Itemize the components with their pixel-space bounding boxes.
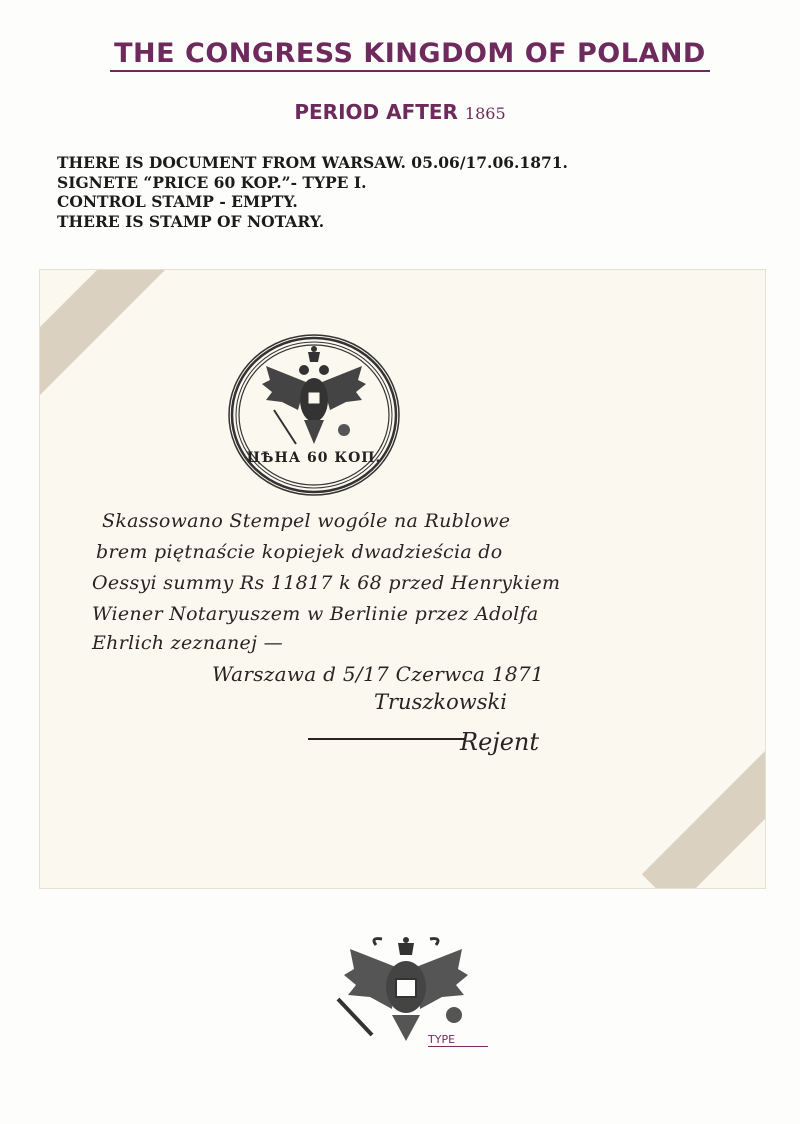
note-line: THERE IS STAMP OF NOTARY.: [57, 212, 568, 232]
signet-price-text: ЦѢНА 60 КОП.: [226, 450, 402, 466]
type-label: TYPE: [428, 1033, 488, 1047]
handwritten-line: Skassowano Stempel wogóle na Rublowe: [102, 510, 510, 532]
description-notes: THERE IS DOCUMENT FROM WARSAW. 05.06/17.…: [57, 153, 568, 231]
type-emblem: [326, 935, 486, 1047]
photo-corner-bottom-right: [642, 740, 765, 888]
handwritten-line: brem piętnaście kopiejek dwadzieścia do: [96, 541, 503, 563]
document-sheet: ЦѢНА 60 КОП. Skassowano Stempel wogóle n…: [40, 270, 765, 888]
handwritten-line: Oessyi summy Rs 11817 k 68 przed Henryki…: [92, 572, 560, 594]
note-line: CONTROL STAMP - EMPTY.: [57, 192, 568, 212]
double-eagle-icon: [326, 935, 486, 1047]
note-line: SIGNETE “PRICE 60 KOP.”- TYPE I.: [57, 173, 568, 193]
handwritten-line: Ehrlich zeznanej —: [92, 632, 283, 654]
signature-line: [308, 738, 466, 740]
double-eagle-icon: [226, 332, 402, 498]
page-title: THE CONGRESS KINGDOM OF POLAND: [110, 38, 710, 72]
photo-corner-top-left: [40, 270, 171, 398]
period-text: PERIOD AFTER: [294, 100, 458, 124]
date-place-line: Warszawa d 5/17 Czerwca 1871: [212, 662, 544, 686]
note-line: THERE IS DOCUMENT FROM WARSAW. 05.06/17.…: [57, 153, 568, 173]
signature-truszkowski: Truszkowski: [374, 690, 507, 714]
period-year: 1865: [465, 104, 506, 123]
revenue-signet: ЦѢНА 60 КОП.: [226, 332, 402, 498]
signature-rejent: Rejent: [460, 728, 539, 756]
period-subtitle: PERIOD AFTER 1865: [0, 100, 800, 124]
handwritten-line: Wiener Notaryuszem w Berlinie przez Adol…: [92, 603, 539, 625]
